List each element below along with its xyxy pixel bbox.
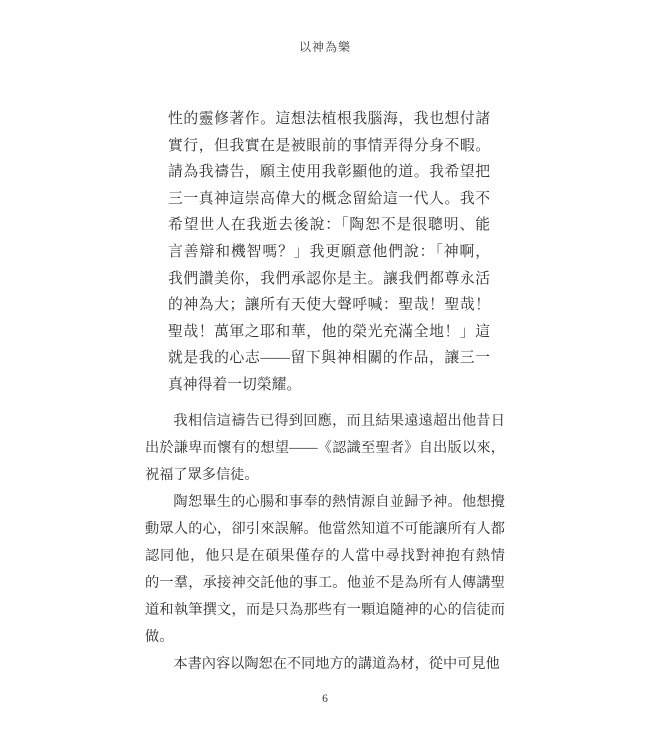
text-line: 就是我的心志——留下與神相關的作品，讓三一 <box>168 345 490 372</box>
text-line: 性的靈修著作。這想法植根我腦海，我也想付諸 <box>168 106 490 133</box>
page-number: 6 <box>0 693 650 705</box>
text-line: 請為我禱告，願主使用我彰顯他的道。我希望把 <box>168 159 490 186</box>
text-line: 實行，但我實在是被眼前的事情弄得分身不暇。 <box>168 133 490 160</box>
text-line: 做。 <box>145 624 505 651</box>
text-line: 的一羣，承接神交託他的事工。他並不是為所有人傳講聖 <box>145 570 505 597</box>
paragraph: 陶恕畢生的心腸和事奉的熱情源自並歸予神。他想攪動眾人的心，卻引來誤解。他當然知道… <box>145 489 505 651</box>
text-line: 祝福了眾多信徒。 <box>145 462 505 489</box>
text-line: 道和執筆撰文，而是只為那些有一顆追隨神的心的信徒而 <box>145 597 505 624</box>
text-line: 出於謙卑而懷有的想望——《認識至聖者》自出版以來， <box>145 435 505 462</box>
text-line: 動眾人的心，卻引來誤解。他當然知道不可能讓所有人都 <box>145 516 505 543</box>
text-line: 聖哉！萬軍之耶和華，他的榮光充滿全地！」這 <box>168 319 490 346</box>
body-text: 我相信這禱告已得到回應，而且結果遠遠超出他昔日出於謙卑而懷有的想望——《認識至聖… <box>145 408 505 678</box>
text-line: 本書內容以陶恕在不同地方的講道為材，從中可見他 <box>145 651 505 678</box>
text-line: 我相信這禱告已得到回應，而且結果遠遠超出他昔日 <box>145 408 505 435</box>
running-head-title: 以神為樂 <box>0 38 650 55</box>
text-line: 希望世人在我逝去後說：「陶恕不是很聰明、能 <box>168 212 490 239</box>
text-line: 的神為大；讓所有天使大聲呼喊：聖哉！聖哉！ <box>168 292 490 319</box>
quote-block: 性的靈修著作。這想法植根我腦海，我也想付諸實行，但我實在是被眼前的事情弄得分身不… <box>168 106 490 399</box>
text-line: 陶恕畢生的心腸和事奉的熱情源自並歸予神。他想攪 <box>145 489 505 516</box>
text-line: 我們讚美你，我們承認你是主。讓我們都尊永活 <box>168 266 490 293</box>
text-line: 言善辯和機智嗎？」我更願意他們說：「神啊， <box>168 239 490 266</box>
paragraph: 本書內容以陶恕在不同地方的講道為材，從中可見他 <box>145 651 505 678</box>
book-page: 以神為樂 性的靈修著作。這想法植根我腦海，我也想付諸實行，但我實在是被眼前的事情… <box>0 0 650 750</box>
text-line: 真神得着一切榮耀。 <box>168 372 490 399</box>
paragraph: 我相信這禱告已得到回應，而且結果遠遠超出他昔日出於謙卑而懷有的想望——《認識至聖… <box>145 408 505 489</box>
text-line: 認同他，他只是在碩果僅存的人當中尋找對神抱有熱情 <box>145 543 505 570</box>
text-line: 三一真神這崇高偉大的概念留給這一代人。我不 <box>168 186 490 213</box>
